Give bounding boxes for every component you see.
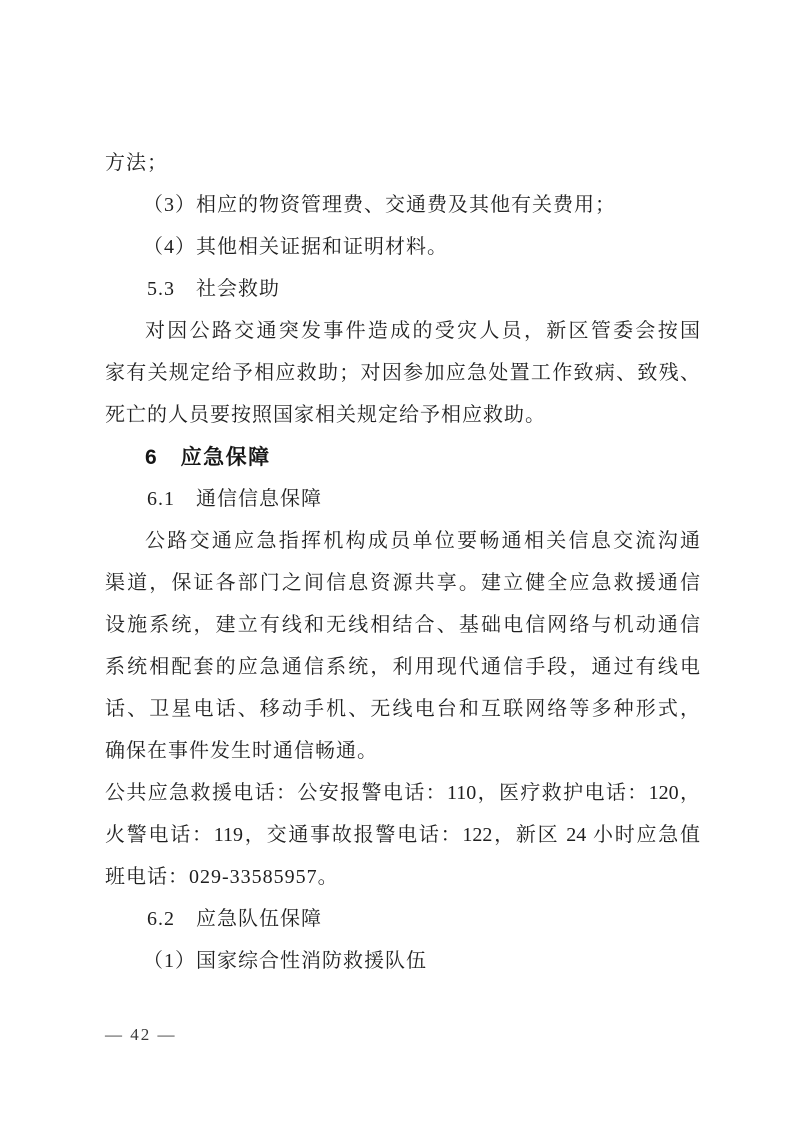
text-line-19: 6.2 应急队伍保障 (147, 906, 322, 933)
text-line-3: （4）其他相关证据和证明材料。 (143, 234, 448, 261)
text-line-11: 渠道，保证各部门之间信息资源共享。建立健全应急救援通信 (105, 570, 700, 597)
text-line-2: （3）相应的物资管理费、交通费及其他有关费用； (143, 192, 616, 219)
text-line-13: 系统相配套的应急通信系统，利用现代通信手段，通过有线电 (105, 654, 700, 681)
text-line-4: 5.3 社会救助 (147, 276, 280, 303)
page-number: — 42 — (105, 1024, 177, 1046)
text-line-7: 死亡的人员要按照国家相关规定给予相应救助。 (105, 402, 546, 429)
text-line-14: 话、卫星电话、移动手机、无线电台和互联网络等多种形式， (105, 696, 700, 723)
text-line-12: 设施系统，建立有线和无线相结合、基础电信网络与机动通信 (105, 612, 700, 639)
text-line-15: 确保在事件发生时通信畅通。 (105, 738, 378, 765)
text-line-1: 方法； (105, 150, 168, 177)
text-line-8: 6 应急保障 (145, 444, 271, 471)
text-line-20: （1）国家综合性消防救援队伍 (143, 948, 427, 975)
text-line-17: 火警电话：119，交通事故报警电话：122，新区 24 小时应急值 (105, 822, 700, 849)
text-line-18: 班电话：029-33585957。 (105, 864, 339, 891)
text-line-9: 6.1 通信信息保障 (147, 486, 322, 513)
text-line-6: 家有关规定给予相应救助；对因参加应急处置工作致病、致残、 (105, 360, 700, 387)
text-line-5: 对因公路交通突发事件造成的受灾人员，新区管委会按国 (145, 318, 700, 345)
document-page: 方法；（3）相应的物资管理费、交通费及其他有关费用；（4）其他相关证据和证明材料… (0, 0, 794, 1123)
text-line-16: 公共应急救援电话：公安报警电话：110，医疗救护电话：120， (105, 780, 700, 807)
text-line-10: 公路交通应急指挥机构成员单位要畅通相关信息交流沟通 (145, 528, 700, 555)
